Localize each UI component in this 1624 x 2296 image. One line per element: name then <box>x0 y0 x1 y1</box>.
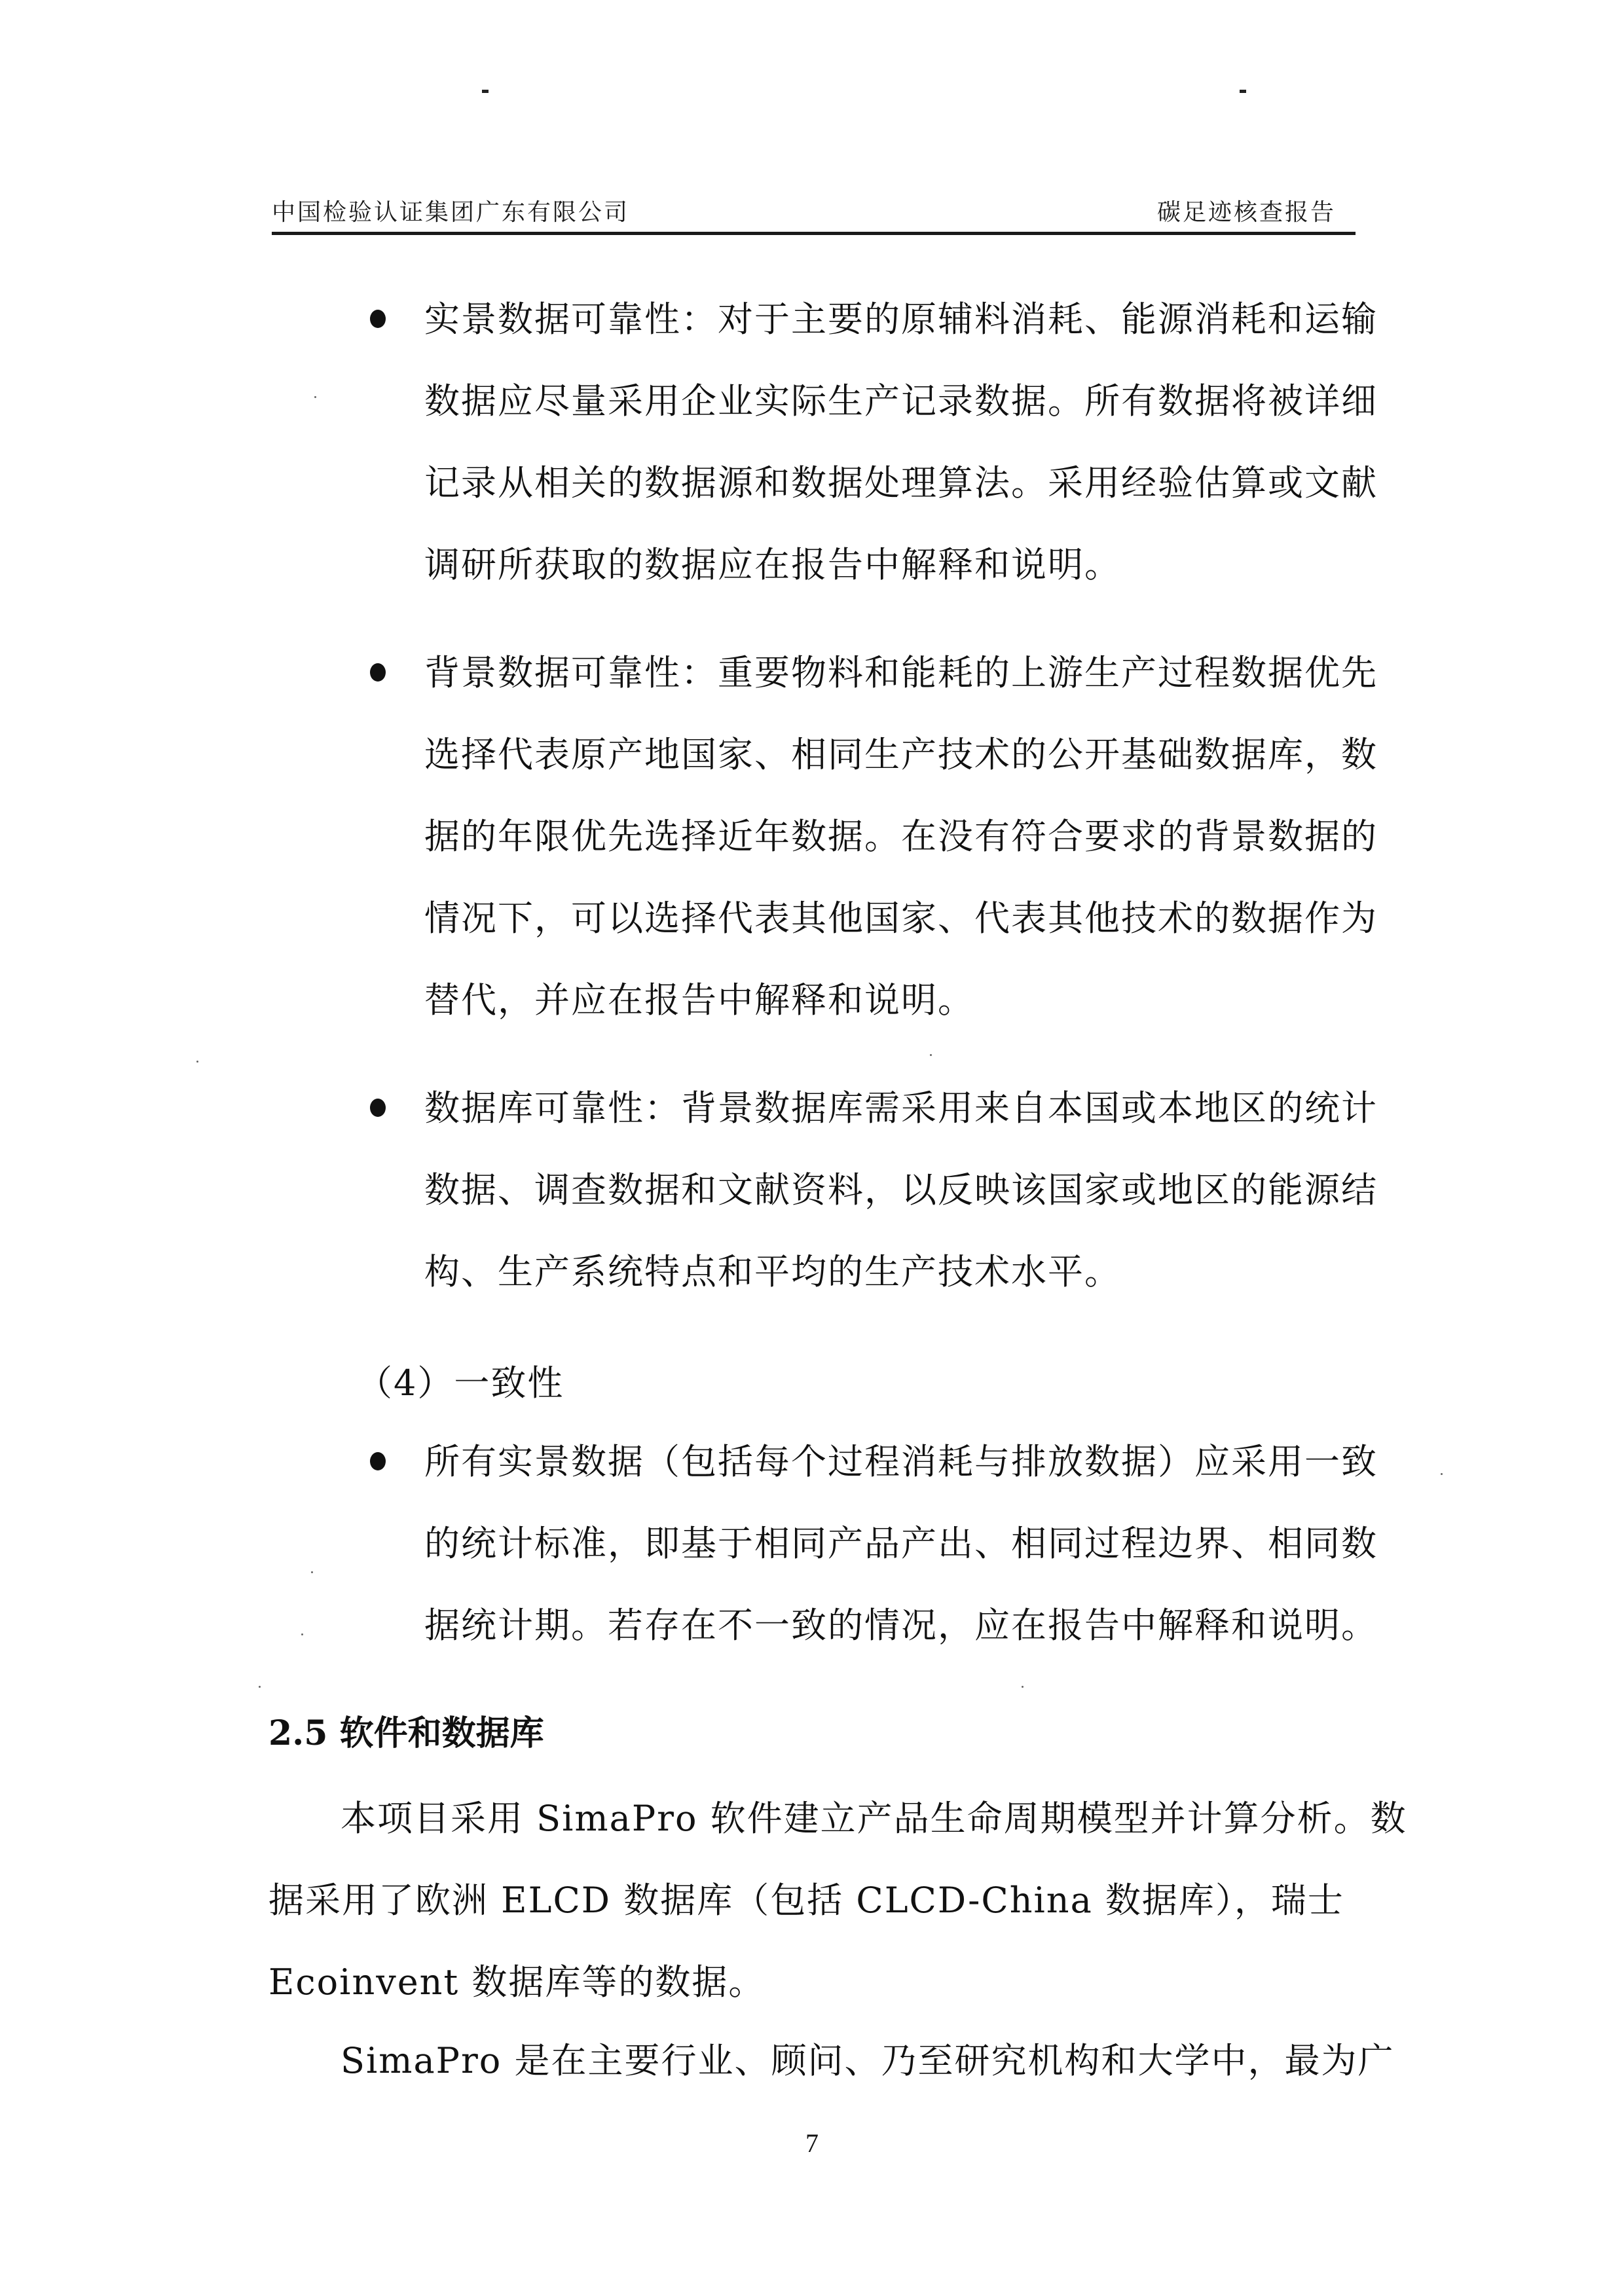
scan-speck <box>301 1633 303 1635</box>
header-organization: 中国检验认证集团广东有限公司 <box>272 194 629 227</box>
scan-mark-left <box>482 90 489 93</box>
section-heading-2-5: 2.5 软件和数据库 <box>268 1705 544 1755</box>
text-line: 实景数据可靠性：对于主要的原辅料消耗、能源消耗和运输 <box>424 278 1342 360</box>
text-line: 数据、调查数据和文献资料，以反映该国家或地区的能源结 <box>424 1149 1342 1231</box>
paragraph-line: SimaPro 是在主要行业、顾问、乃至研究机构和大学中，最为广 <box>341 2033 1394 2083</box>
text-line: 据统计期。若存在不一致的情况，应在报告中解释和说明。 <box>424 1584 1342 1666</box>
header-report-title: 碳足迹核查报告 <box>1157 194 1336 227</box>
scan-mark-right <box>1240 90 1246 93</box>
text-line: 替代，并应在报告中解释和说明。 <box>424 959 1342 1041</box>
bullet-item-background-data-reliability: 背景数据可靠性：重要物料和能耗的上游生产过程数据优先 选择代表原产地国家、相同生… <box>367 632 1342 1041</box>
bullet-item-field-data-reliability: 实景数据可靠性：对于主要的原辅料消耗、能源消耗和运输 数据应尽量采用企业实际生产… <box>367 278 1342 606</box>
text-line: 据的年限优先选择近年数据。在没有符合要求的背景数据的 <box>424 795 1342 877</box>
scan-speck <box>259 1686 261 1688</box>
paragraph-line: Ecoinvent 数据库等的数据。 <box>268 1954 765 2005</box>
running-header: 中国检验认证集团广东有限公司 碳足迹核查报告 <box>272 191 1356 230</box>
scan-speck <box>1441 1473 1443 1475</box>
text-line: 数据应尽量采用企业实际生产记录数据。所有数据将被详细 <box>424 360 1342 442</box>
bullet-text: 数据库可靠性：背景数据库需采用来自本国或本地区的统计 数据、调查数据和文献资料，… <box>424 1067 1342 1313</box>
page-number: 7 <box>0 2128 1624 2159</box>
text-line: 的统计标准，即基于相同产品产出、相同过程边界、相同数 <box>424 1503 1342 1584</box>
scan-speck <box>196 1061 198 1063</box>
text-line: 数据库可靠性：背景数据库需采用来自本国或本地区的统计 <box>424 1067 1342 1149</box>
bullet-item-consistency: 所有实景数据（包括每个过程消耗与排放数据）应采用一致 的统计标准，即基于相同产品… <box>367 1421 1342 1666</box>
subheading-consistency: （4）一致性 <box>357 1355 564 1406</box>
bullet-text: 背景数据可靠性：重要物料和能耗的上游生产过程数据优先 选择代表原产地国家、相同生… <box>424 632 1342 1041</box>
text-line: 调研所获取的数据应在报告中解释和说明。 <box>424 524 1342 606</box>
scan-speck <box>1022 1686 1024 1688</box>
header-rule <box>272 232 1356 235</box>
text-line: 背景数据可靠性：重要物料和能耗的上游生产过程数据优先 <box>424 632 1342 714</box>
bullet-icon <box>370 1099 386 1117</box>
scan-speck <box>311 1571 313 1573</box>
scan-speck <box>930 1054 932 1056</box>
bullet-text: 实景数据可靠性：对于主要的原辅料消耗、能源消耗和运输 数据应尽量采用企业实际生产… <box>424 278 1342 606</box>
bullet-text: 所有实景数据（包括每个过程消耗与排放数据）应采用一致 的统计标准，即基于相同产品… <box>424 1421 1342 1666</box>
paragraph-line: 本项目采用 SimaPro 软件建立产品生命周期模型并计算分析。数 <box>341 1791 1407 1841</box>
bullet-icon <box>370 663 386 682</box>
bullet-icon <box>370 310 386 328</box>
scan-speck <box>314 396 316 398</box>
text-line: 选择代表原产地国家、相同生产技术的公开基础数据库，数 <box>424 714 1342 795</box>
text-line: 记录从相关的数据源和数据处理算法。采用经验估算或文献 <box>424 442 1342 524</box>
bullet-item-database-reliability: 数据库可靠性：背景数据库需采用来自本国或本地区的统计 数据、调查数据和文献资料，… <box>367 1067 1342 1313</box>
text-line: 所有实景数据（包括每个过程消耗与排放数据）应采用一致 <box>424 1421 1342 1503</box>
text-line: 构、生产系统特点和平均的生产技术水平。 <box>424 1231 1342 1313</box>
paragraph-line: 据采用了欧洲 ELCD 数据库（包括 CLCD-China 数据库），瑞士 <box>268 1872 1344 1923</box>
text-line: 情况下，可以选择代表其他国家、代表其他技术的数据作为 <box>424 877 1342 959</box>
bullet-icon <box>370 1452 386 1470</box>
